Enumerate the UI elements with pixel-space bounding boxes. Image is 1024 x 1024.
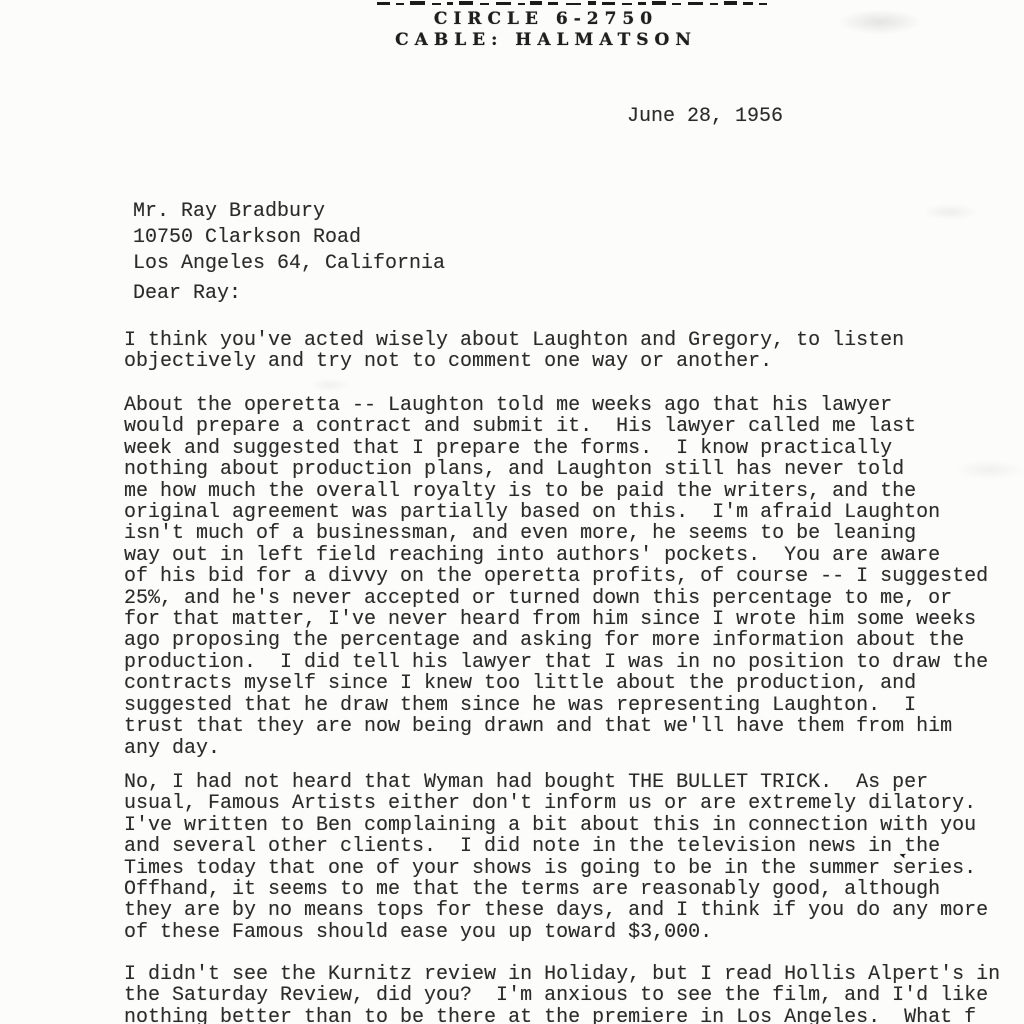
salutation: Dear Ray:	[133, 283, 241, 304]
letterhead-cable: CABLE: HALMATSON	[346, 30, 746, 50]
body-paragraph-2: About the operetta -- Laughton told me w…	[124, 395, 988, 759]
body-paragraph-1: I think you've acted wisely about Laught…	[124, 330, 904, 373]
letterhead-phone: CIRCLE 6-2750	[346, 9, 746, 29]
recipient-address: Mr. Ray Bradbury 10750 Clarkson Road Los…	[133, 199, 445, 277]
clipped-letterhead-line	[377, 0, 767, 6]
body-paragraph-3: No, I had not heard that Wyman had bough…	[124, 772, 988, 943]
date-line: June 28, 1956	[627, 106, 783, 127]
letter-page: CIRCLE 6-2750 CABLE: HALMATSON June 28, …	[0, 0, 1024, 1024]
body-paragraph-4: I didn't see the Kurnitz review in Holid…	[124, 964, 1000, 1024]
